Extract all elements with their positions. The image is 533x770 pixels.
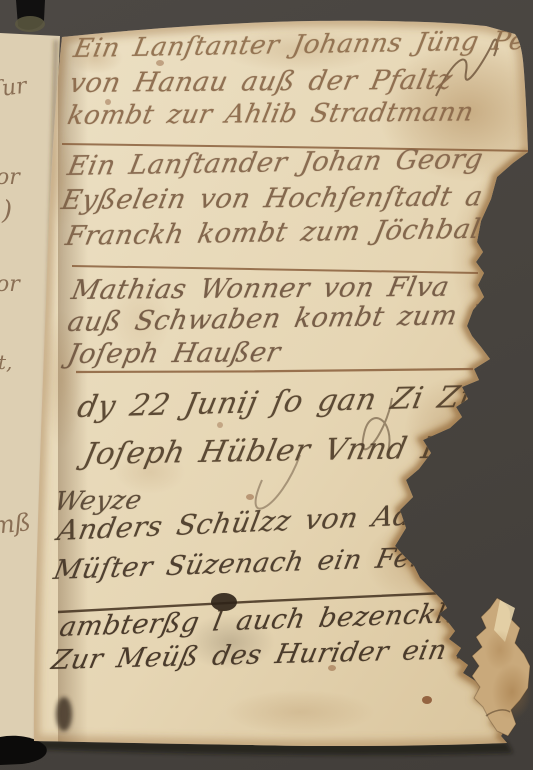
manuscript-line: auß Schwaben kombt zum M: [65, 299, 503, 337]
manuscript-line: kombt zur Ahlib Stradtmann: [65, 97, 476, 131]
photo-background: Ein Lanſtanter Johanns Jüng Pe von Hanau…: [0, 0, 533, 770]
manuscript-line: Franckh kombt zum Jöchballe: [63, 213, 509, 252]
manuscript-line: von Hanau auß der Pfaltz: [67, 65, 455, 99]
margin-fragment: ſur: [0, 74, 28, 103]
margin-fragment: ): [2, 196, 12, 226]
manuscript-line: Ein Lanſtanter Johanns Jüng Pe: [71, 26, 528, 64]
spine-headband: [15, 16, 45, 32]
manuscript-line: Eyßelein von Hochſenſtadt a: [59, 181, 486, 216]
manuscript-line: Joſeph Haußer: [65, 337, 283, 370]
margin-fragment: mß: [0, 508, 32, 540]
margin-fragment: t,: [0, 350, 12, 374]
margin-fragment: or: [0, 272, 20, 297]
margin-fragment: or: [0, 165, 20, 190]
handwriting-layer: Ein Lanſtanter Johanns Jüng Pe von Hanau…: [0, 0, 533, 770]
manuscript-line: Ein Lanſtander Johan Georg: [65, 144, 486, 182]
